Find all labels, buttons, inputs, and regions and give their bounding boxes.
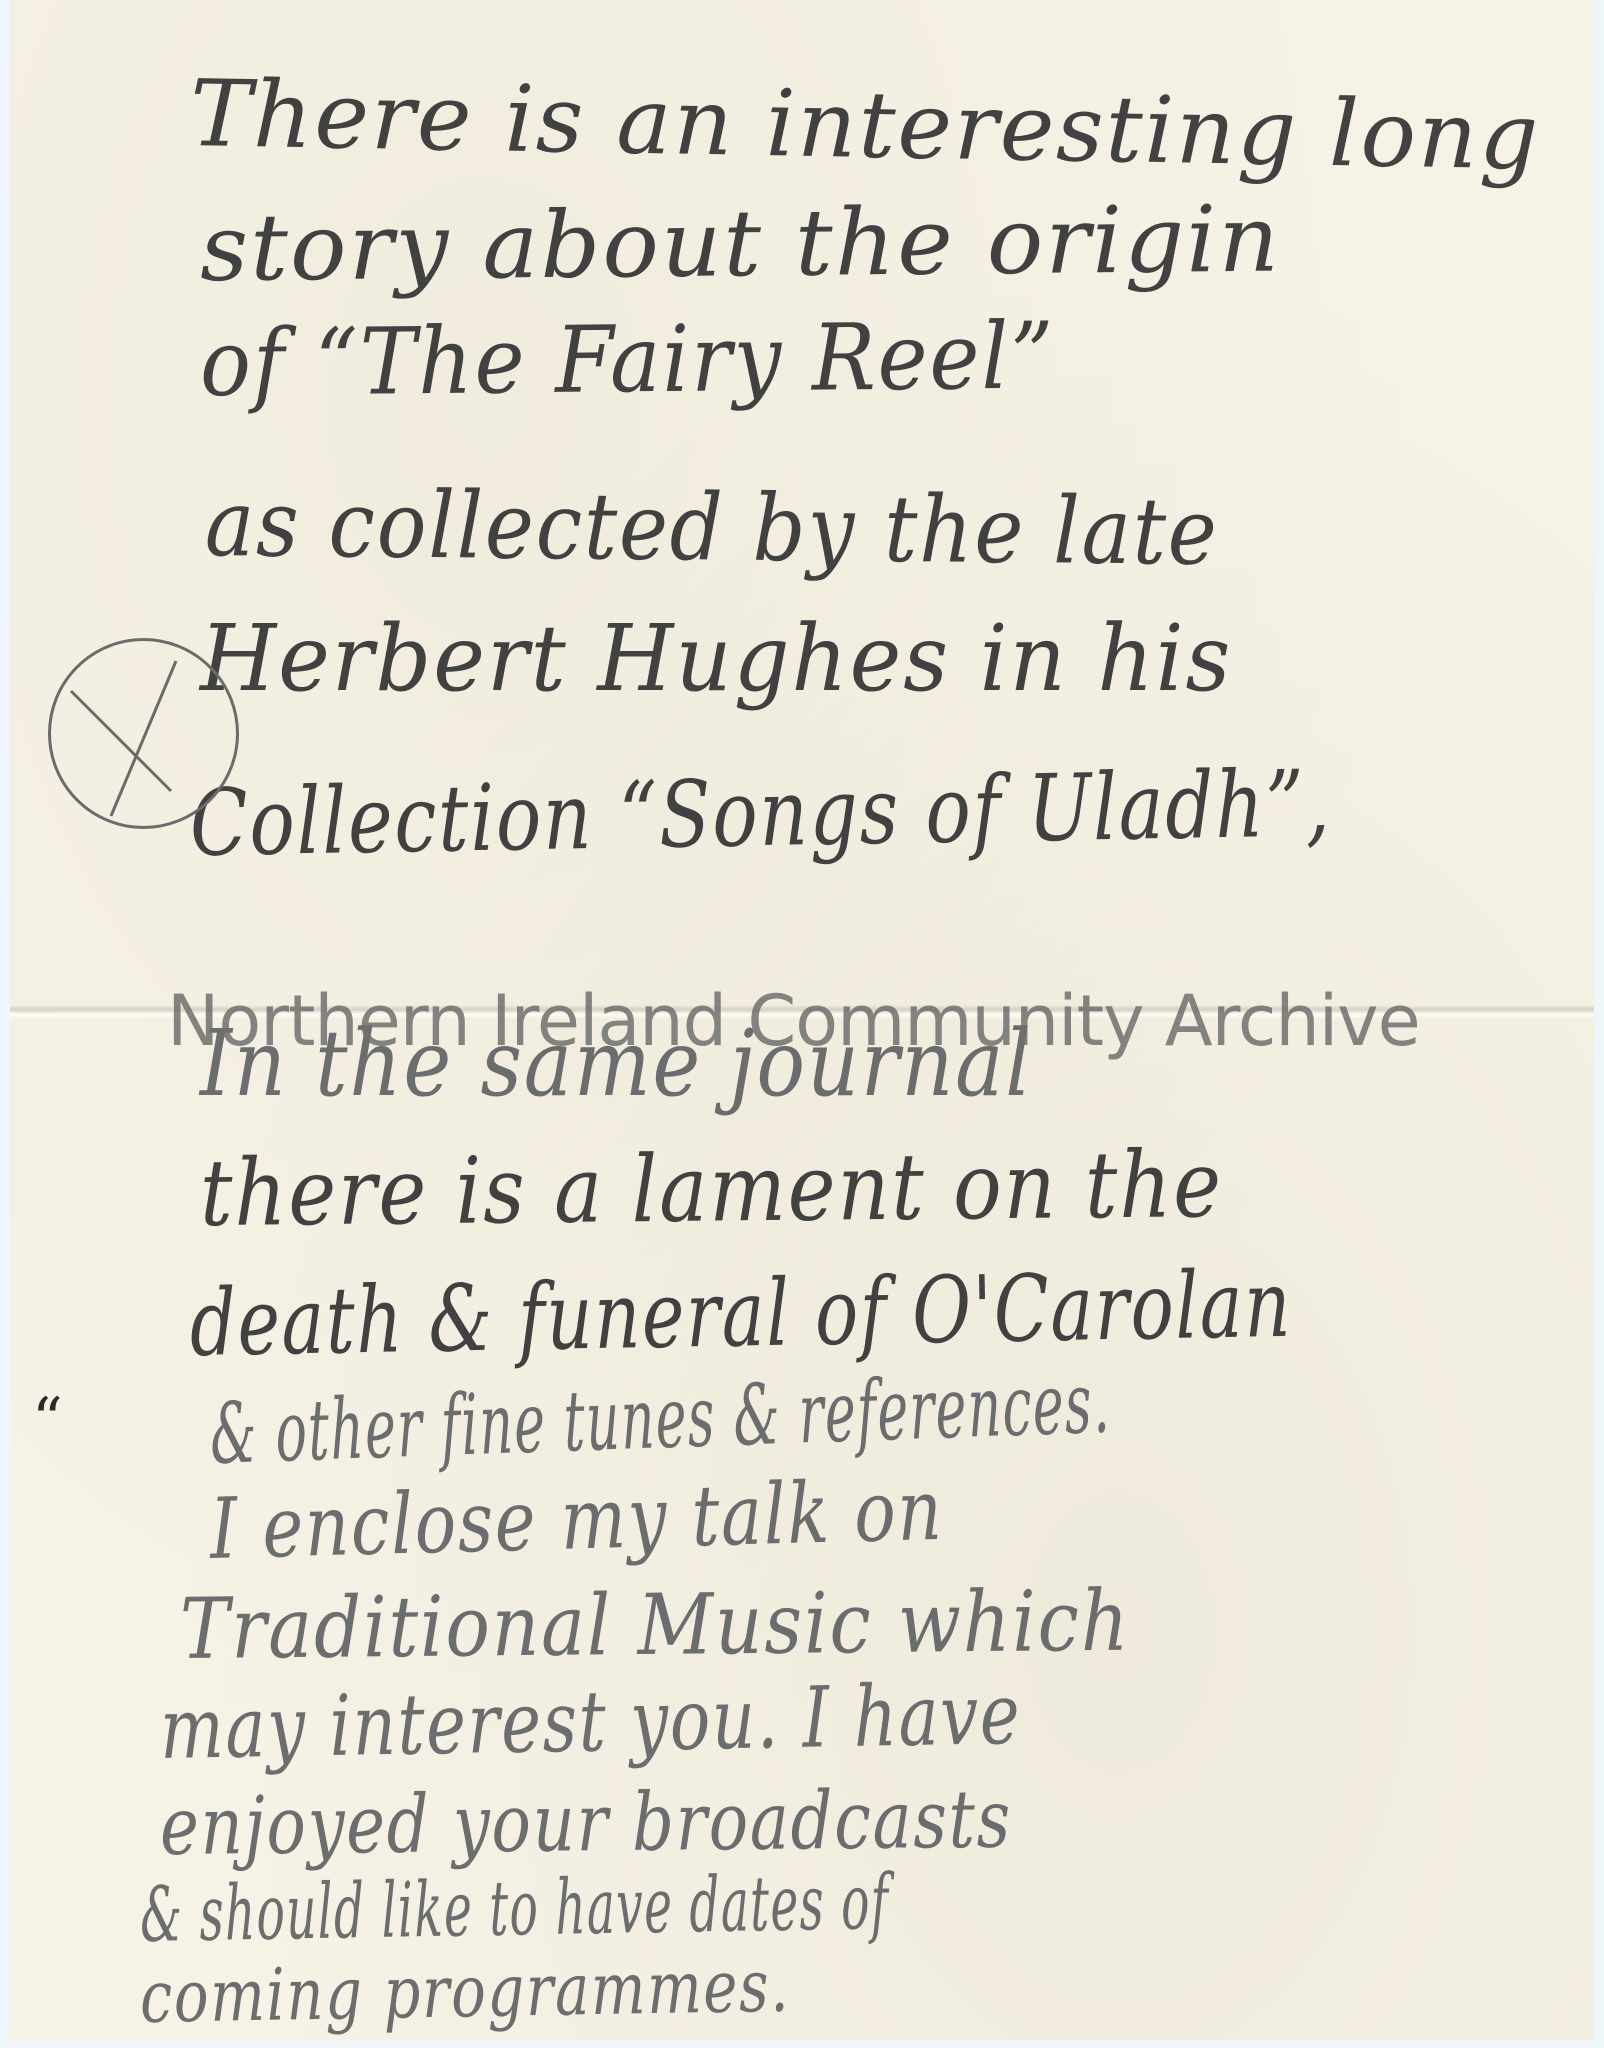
handwritten-line-11: I enclose my talk on — [209, 1461, 945, 1578]
handwritten-line-9: death & funeral of O'Carolan — [189, 1251, 1293, 1377]
handwritten-line-13: may interest you. I have — [159, 1665, 1022, 1778]
archive-watermark: Northern Ireland Community Archive — [167, 980, 1420, 1062]
handwritten-line-12: Traditional Music which — [180, 1572, 1131, 1678]
handwritten-line-4: as collected by the late — [205, 470, 1220, 586]
margin-quote-mark: “ — [32, 1385, 63, 1455]
handwritten-line-8: there is a lament on the — [200, 1131, 1224, 1247]
handwritten-line-6: Collection “Songs of Uladh”, — [189, 750, 1332, 877]
letter-page: There is an interesting long story about… — [10, 0, 1594, 2040]
x-mark-icon — [51, 641, 236, 826]
handwritten-line-16: coming programmes. — [139, 1944, 790, 2039]
handwritten-line-1: There is an interesting long — [189, 60, 1541, 191]
handwritten-line-5: Herbert Hughes in his — [200, 605, 1232, 712]
circled-x-annotation — [48, 638, 239, 829]
handwritten-line-3: of “The Fairy Reel” — [200, 303, 1056, 417]
handwritten-line-2: story about the origin — [200, 186, 1282, 302]
